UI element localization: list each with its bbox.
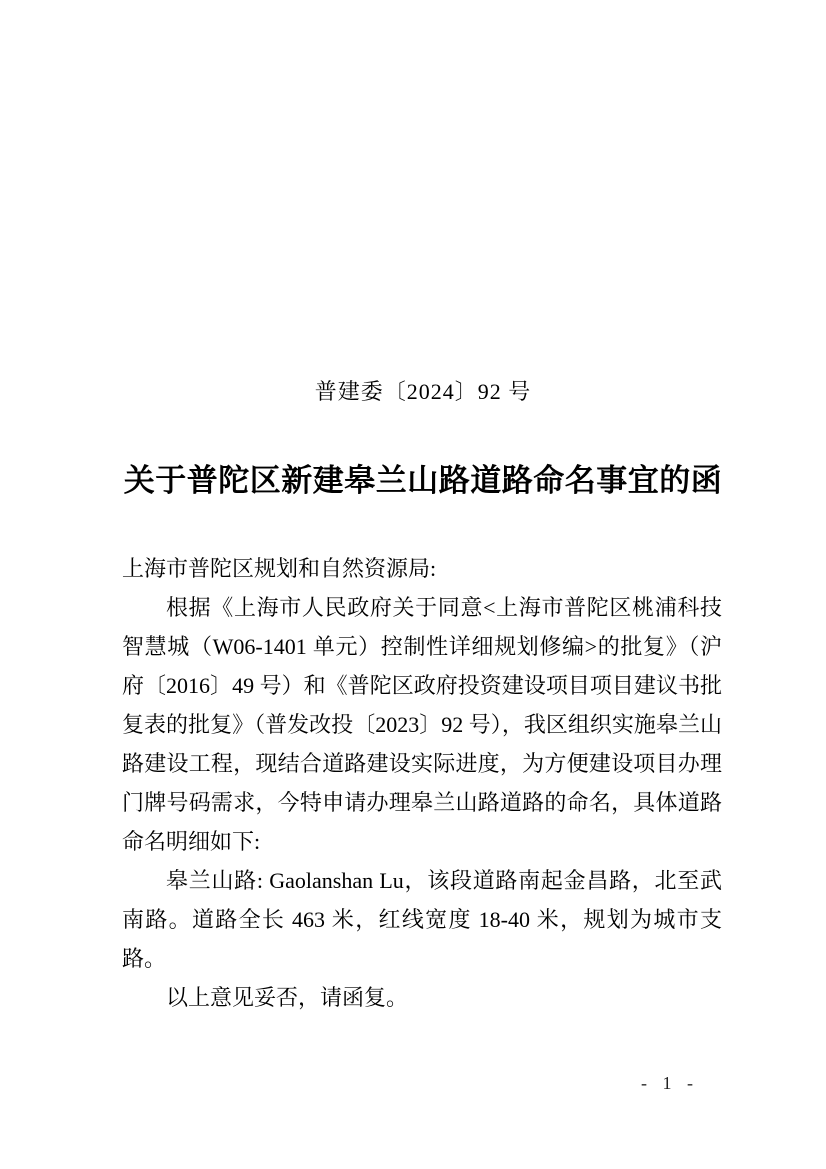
document-reference-number: 普建委〔2024〕92 号 xyxy=(122,377,724,407)
salutation-line: 上海市普陀区规划和自然资源局: xyxy=(122,549,722,588)
document-page: 普建委〔2024〕92 号 关于普陀区新建皋兰山路道路命名事宜的函 上海市普陀区… xyxy=(0,0,826,1169)
paragraph-road-naming-detail: 皋兰山路: Gaolanshan Lu，该段道路南起金昌路，北至武南路。道路全长… xyxy=(122,861,722,978)
document-title: 关于普陀区新建皋兰山路道路命名事宜的函 xyxy=(61,461,785,501)
page-number: - 1 - xyxy=(641,1072,697,1094)
paragraph-closing: 以上意见妥否，请函复。 xyxy=(122,978,722,1017)
document-body: 上海市普陀区规划和自然资源局: 根据《上海市人民政府关于同意<上海市普陀区桃浦科… xyxy=(122,549,722,1017)
paragraph-basis-and-request: 根据《上海市人民政府关于同意<上海市普陀区桃浦科技智慧城（W06-1401 单元… xyxy=(122,588,722,861)
